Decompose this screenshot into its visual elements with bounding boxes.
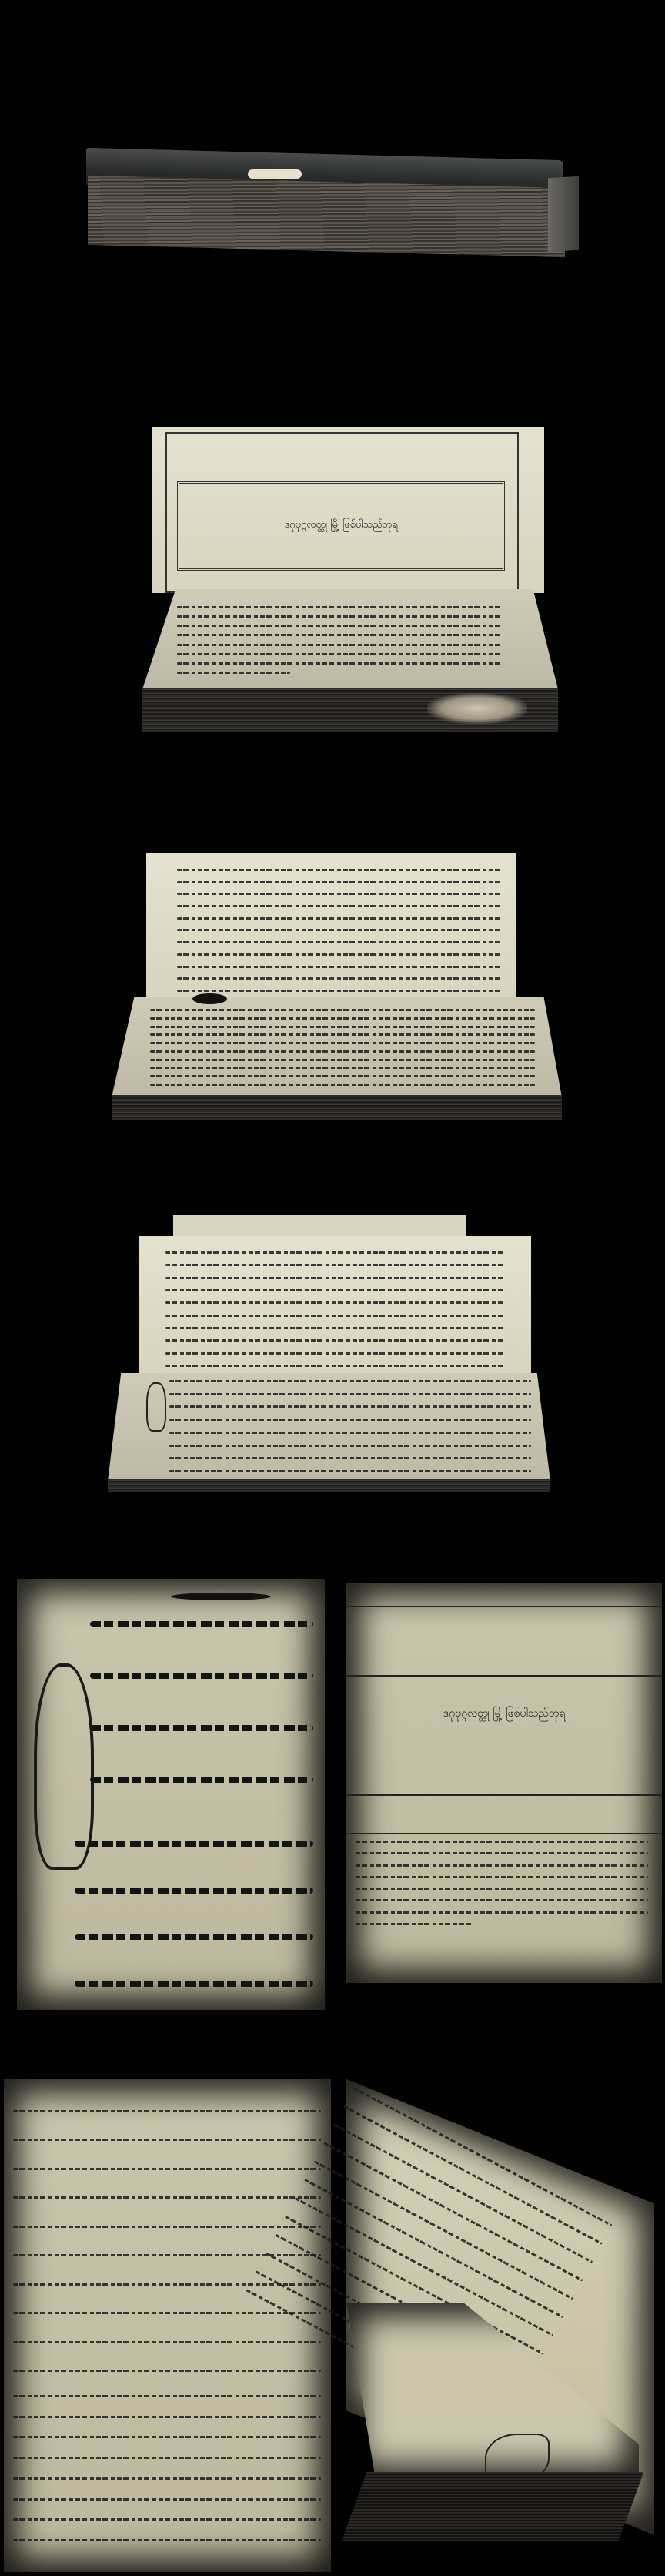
lower-text (13, 2395, 321, 2541)
closed-manuscript-photo (86, 154, 579, 254)
closeup-angled-page-photo (339, 2072, 665, 2564)
title-text: ဒဂုဗုဂ္ဂလတ္ထု မြို့ ဖြစ်ပါသည်ဘုရ (346, 1706, 662, 1722)
closeup-ornament-photo (17, 1579, 325, 2010)
upper-text (177, 869, 500, 992)
mold-stain (427, 693, 527, 724)
frame-rule (346, 1606, 662, 1607)
page-tear (171, 1593, 271, 1600)
back-leaf (173, 1215, 466, 1238)
large-script-lower (75, 1841, 313, 1987)
upper-text (165, 1251, 504, 1367)
large-script-upper (90, 1621, 313, 1783)
lower-text (150, 1009, 535, 1086)
marginal-ornament (34, 1663, 94, 1870)
closeup-title-photo: ဒဂုဗုဂ္ဂလတ္ထု မြို့ ဖြစ်ပါသည်ဘုရ (346, 1583, 662, 1983)
manuscript-page-edges (88, 176, 565, 257)
frame-rule (346, 1675, 662, 1677)
text-spread-photo-1 (112, 847, 566, 1132)
body-text (177, 606, 500, 674)
title-page-photo: ဒဂုဗုဂ္ဂလတ္ထု မြို့ ဖြစ်ပါသည်ဘုရ (142, 427, 558, 735)
page-edges (112, 1095, 562, 1120)
body-text (356, 1841, 648, 1925)
page-edges (108, 1479, 550, 1492)
page-edges (342, 2472, 644, 2541)
frame-rule (346, 1833, 662, 1834)
text-spread-photo-2 (108, 1209, 562, 1494)
marginal-ornament (146, 1382, 166, 1432)
manuscript-label-patch (248, 169, 302, 179)
title-text: ဒဂုဗုဂ္ဂလတ္ထု မြို့ ဖြစ်ပါသည်ဘုရ (179, 518, 503, 533)
frame-rule (346, 1794, 662, 1796)
lower-text (169, 1380, 531, 1472)
manuscript-end (548, 176, 579, 253)
title-box: ဒဂုဗုဂ္ဂလတ္ထု မြို့ ဖြစ်ပါသည်ဘုရ (177, 481, 505, 571)
closeup-text-photo (4, 2079, 331, 2572)
ink-blot (192, 993, 227, 1004)
